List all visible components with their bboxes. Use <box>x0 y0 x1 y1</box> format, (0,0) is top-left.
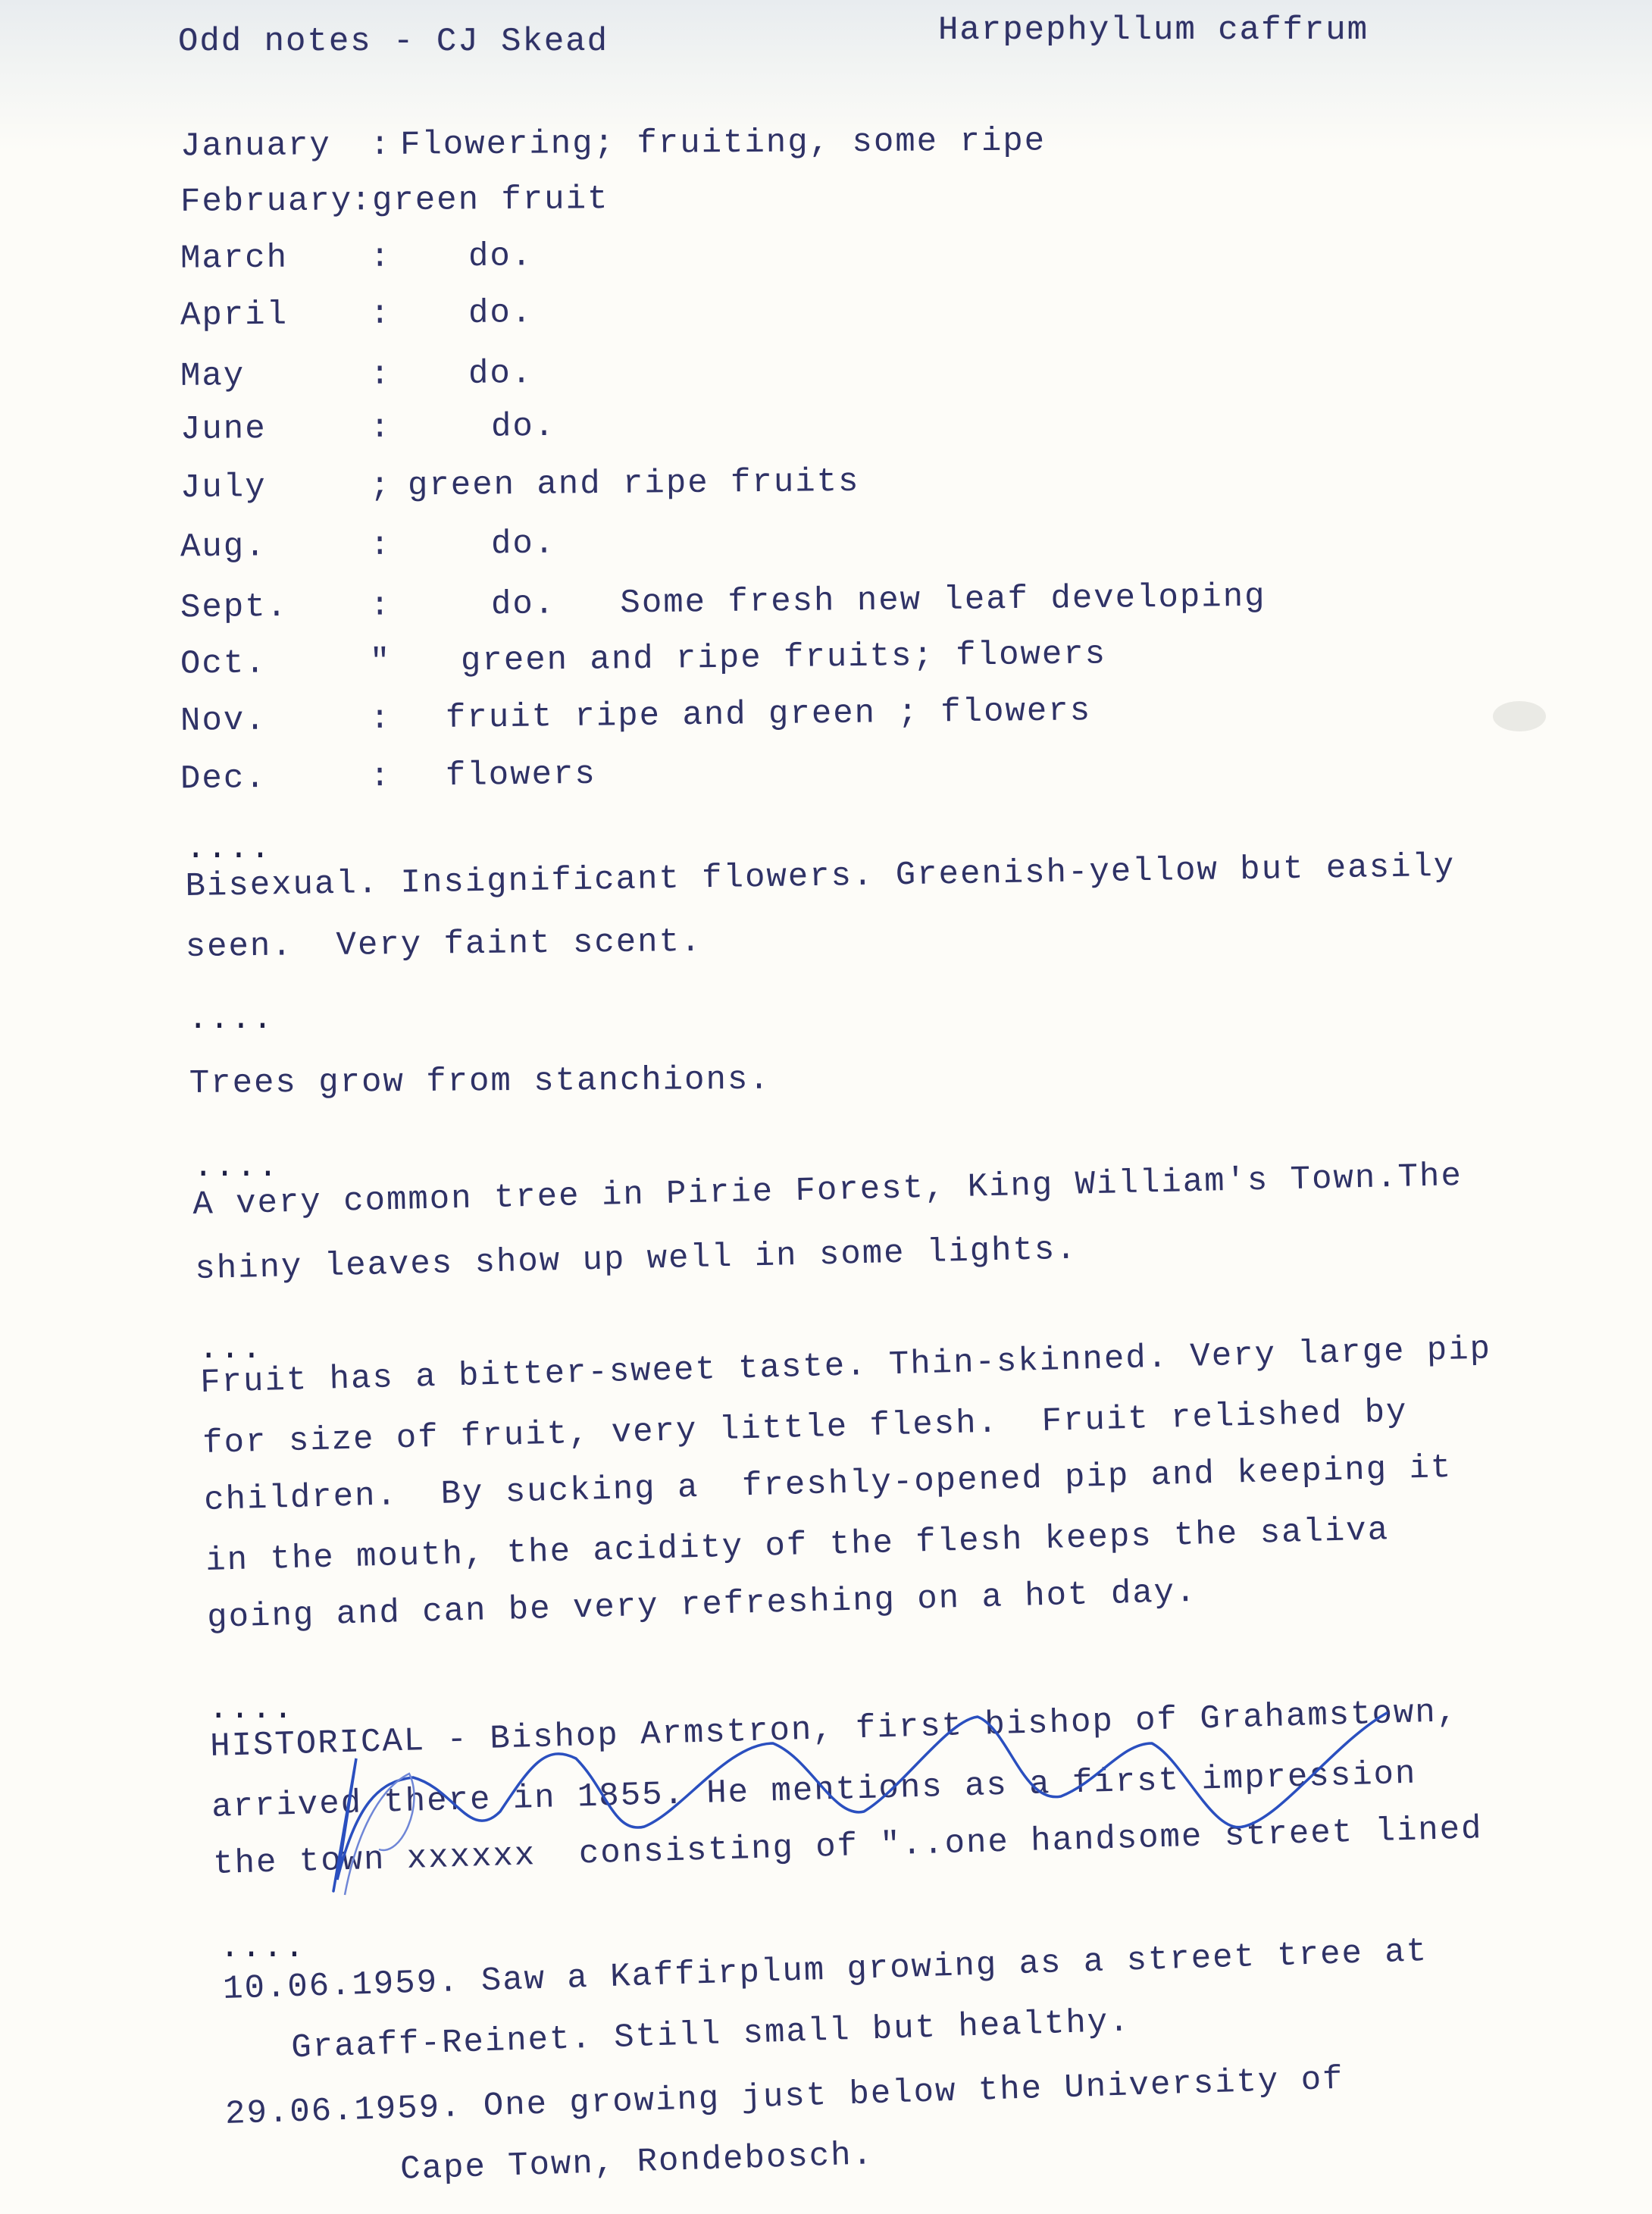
month-label: March <box>180 239 370 278</box>
flower-note-line-2: seen. Very faint scent. <box>185 923 702 966</box>
month-observation: Flowering; fruiting, some ripe <box>400 123 1046 164</box>
month-separator: : <box>370 700 401 738</box>
month-label: January <box>180 127 370 166</box>
month-observation: green and ripe fruits <box>408 463 860 506</box>
fruit-note-line-5: going and can be very refreshing on a ho… <box>207 1574 1197 1637</box>
month-separator: ; <box>370 467 400 505</box>
month-label: Sept. <box>180 587 371 628</box>
month-observation: do. <box>491 408 556 446</box>
pirie-note-line-1: A very common tree in Pirie Forest, King… <box>192 1157 1463 1224</box>
sighting-line-4: Cape Town, Rondebosch. <box>227 2136 874 2194</box>
month-label: May <box>180 356 370 396</box>
sighting-line-3: 29.06.1959. One growing just below the U… <box>224 2061 1344 2134</box>
month-separator: : <box>370 239 400 277</box>
month-observation: green fruit <box>372 180 609 220</box>
phenology-row: June:do. <box>180 408 556 449</box>
month-separator: : <box>370 758 401 796</box>
phenology-row: May:do. <box>180 355 533 396</box>
phenology-row: January:Flowering; fruiting, some ripe <box>180 123 1046 166</box>
fruit-note-line-2: for size of fruit, very little flesh. Fr… <box>202 1393 1408 1463</box>
month-label: June <box>180 409 370 449</box>
historical-note-line-1: HISTORICAL - Bishop Armstron, first bish… <box>210 1693 1459 1766</box>
species-name-heading: Harpephyllum caffrum <box>938 11 1369 49</box>
month-separator: : <box>370 587 401 625</box>
pirie-note-line-2: shiny leaves show up well in some lights… <box>195 1231 1078 1289</box>
month-separator: : <box>370 296 400 334</box>
paper-smudge <box>1493 701 1546 731</box>
phenology-row: Sept.:do. Some fresh new leaf developing <box>180 578 1266 628</box>
month-observation: do. <box>491 525 556 564</box>
month-label: Dec. <box>180 758 371 798</box>
flower-note-line-1: Bisexual. Insignificant flowers. Greenis… <box>185 848 1455 906</box>
month-observation: fruit ripe and green ; flowers <box>446 692 1092 737</box>
document-author-heading: Odd notes - CJ Skead <box>178 23 609 61</box>
month-separator: " <box>370 643 401 681</box>
month-observation: do. <box>468 237 533 276</box>
month-observation: do. Some fresh new leaf developing <box>491 578 1266 625</box>
section-separator: .... <box>193 1148 280 1186</box>
phenology-row: February:green fruit <box>180 180 609 221</box>
month-separator: : <box>370 356 400 394</box>
phenology-row: March:do. <box>180 237 533 277</box>
month-label: Oct. <box>180 644 371 684</box>
phenology-row: Nov.:fruit ripe and green ; flowers <box>180 692 1092 741</box>
month-observation: green and ripe fruits; flowers <box>461 635 1107 680</box>
phenology-row: Aug.:do. <box>180 525 556 567</box>
sighting-line-1: 10.06.1959. Saw a Kaffirplum growing as … <box>222 1933 1428 2009</box>
sighting-line-2: Graaff-Reinet. Still small but healthy. <box>226 2003 1131 2069</box>
phenology-row: July;green and ripe fruits <box>180 463 860 507</box>
month-observation: do. <box>468 294 533 333</box>
phenology-row: April:do. <box>180 294 533 335</box>
month-label: Nov. <box>180 700 371 741</box>
phenology-row: Oct."green and ripe fruits; flowers <box>180 635 1107 683</box>
historical-note-line-2: arrived there in 1855. He mentions as a … <box>211 1755 1417 1827</box>
month-label: April <box>180 296 370 335</box>
fruit-note-line-1: Fruit has a bitter-sweet taste. Thin-ski… <box>200 1330 1492 1402</box>
month-observation: flowers <box>446 756 596 795</box>
fruit-note-line-3: children. By sucking a freshly-opened pi… <box>204 1449 1453 1520</box>
month-label: February <box>180 182 351 221</box>
fruit-note-line-4: in the mouth, the acidity of the flesh k… <box>205 1511 1390 1580</box>
month-separator: : <box>351 182 372 220</box>
section-separator: .... <box>208 1690 295 1728</box>
section-separator: .... <box>188 1001 274 1038</box>
month-separator: : <box>370 409 400 447</box>
stanchions-note: Trees grow from stanchions. <box>189 1061 771 1103</box>
month-label: July <box>180 468 370 507</box>
section-separator: .... <box>186 830 272 868</box>
phenology-row: Dec.:flowers <box>180 756 596 799</box>
section-separator: .... <box>220 1929 306 1967</box>
month-label: Aug. <box>180 527 370 566</box>
month-separator: : <box>370 127 400 164</box>
month-separator: : <box>370 527 400 565</box>
month-observation: do. <box>468 355 533 393</box>
